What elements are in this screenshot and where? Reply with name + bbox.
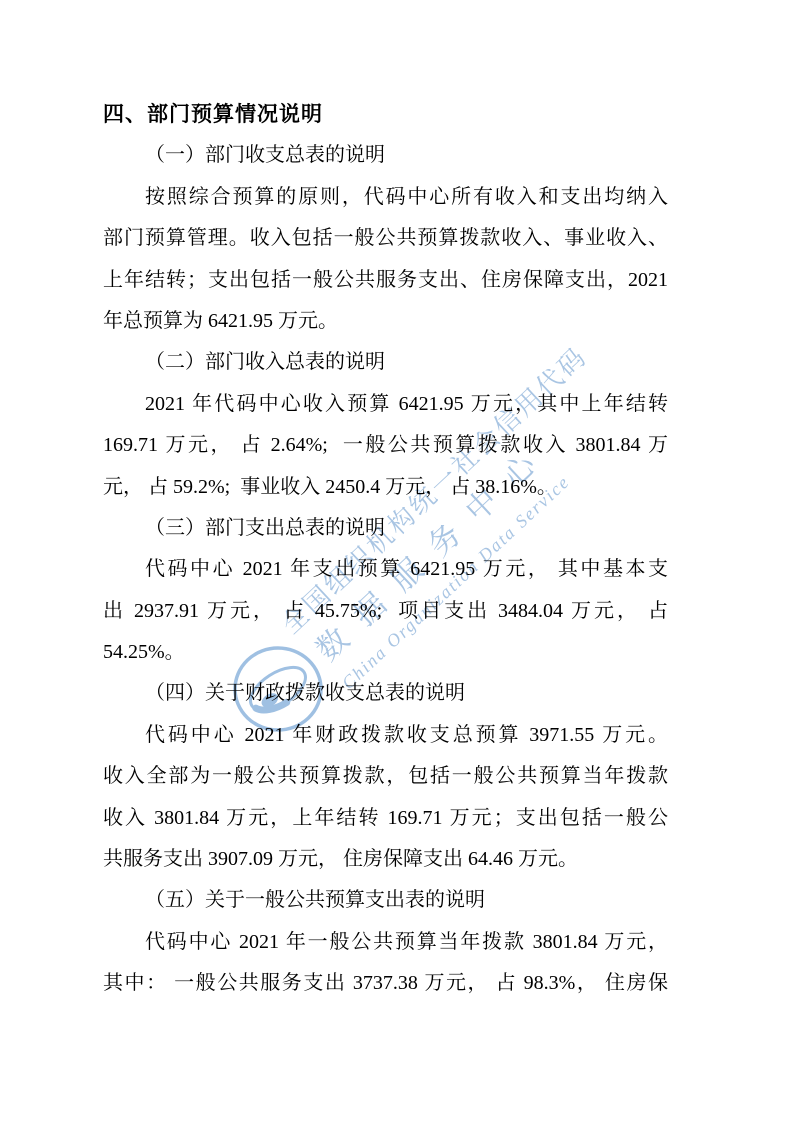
text-line: 收入全部为一般公共预算拨款，包括一般公共预算当年拨款 xyxy=(103,756,668,797)
document-title: 四、部门预算情况说明 xyxy=(103,94,668,135)
text-line: 169.71 万元， 占 2.64%; 一般公共预算拨款收入 3801.84 万 xyxy=(103,425,668,466)
document-page: 全国组织机构统一社会信用代码 数据服务中心 China Organization… xyxy=(0,0,794,1123)
text-line: 代码中心 2021 年一般公共预算当年拨款 3801.84 万元， xyxy=(103,922,668,963)
text-line: 共服务支出 3907.09 万元， 住房保障支出 64.46 万元。 xyxy=(103,839,668,880)
section-heading: （二）部门收入总表的说明 xyxy=(103,342,668,383)
document-content: 四、部门预算情况说明（一）部门收支总表的说明按照综合预算的原则，代码中心所有收入… xyxy=(103,94,668,1005)
text-line: 代码中心 2021 年财政拨款收支总预算 3971.55 万元。 xyxy=(103,715,668,756)
text-line: 2021 年代码中心收入预算 6421.95 万元，其中上年结转 xyxy=(103,384,668,425)
section-heading: （五）关于一般公共预算支出表的说明 xyxy=(103,880,668,921)
text-line: 54.25%。 xyxy=(103,632,668,673)
text-line: 上年结转；支出包括一般公共服务支出、住房保障支出，2021 xyxy=(103,260,668,301)
section-heading: （一）部门收支总表的说明 xyxy=(103,135,668,176)
text-line: 按照综合预算的原则，代码中心所有收入和支出均纳入 xyxy=(103,177,668,218)
text-line: 元， 占 59.2%; 事业收入 2450.4 万元， 占 38.16%。 xyxy=(103,467,668,508)
section-heading: （四）关于财政拨款收支总表的说明 xyxy=(103,673,668,714)
text-line: 部门预算管理。收入包括一般公共预算拨款收入、事业收入、 xyxy=(103,218,668,259)
text-line: 代码中心 2021 年支出预算 6421.95 万元， 其中基本支 xyxy=(103,549,668,590)
section-heading: （三）部门支出总表的说明 xyxy=(103,508,668,549)
text-line: 收入 3801.84 万元，上年结转 169.71 万元；支出包括一般公 xyxy=(103,798,668,839)
text-line: 其中： 一般公共服务支出 3737.38 万元， 占 98.3%， 住房保 xyxy=(103,963,668,1004)
text-line: 年总预算为 6421.95 万元。 xyxy=(103,301,668,342)
text-line: 出 2937.91 万元， 占 45.75%; 项目支出 3484.04 万元，… xyxy=(103,591,668,632)
